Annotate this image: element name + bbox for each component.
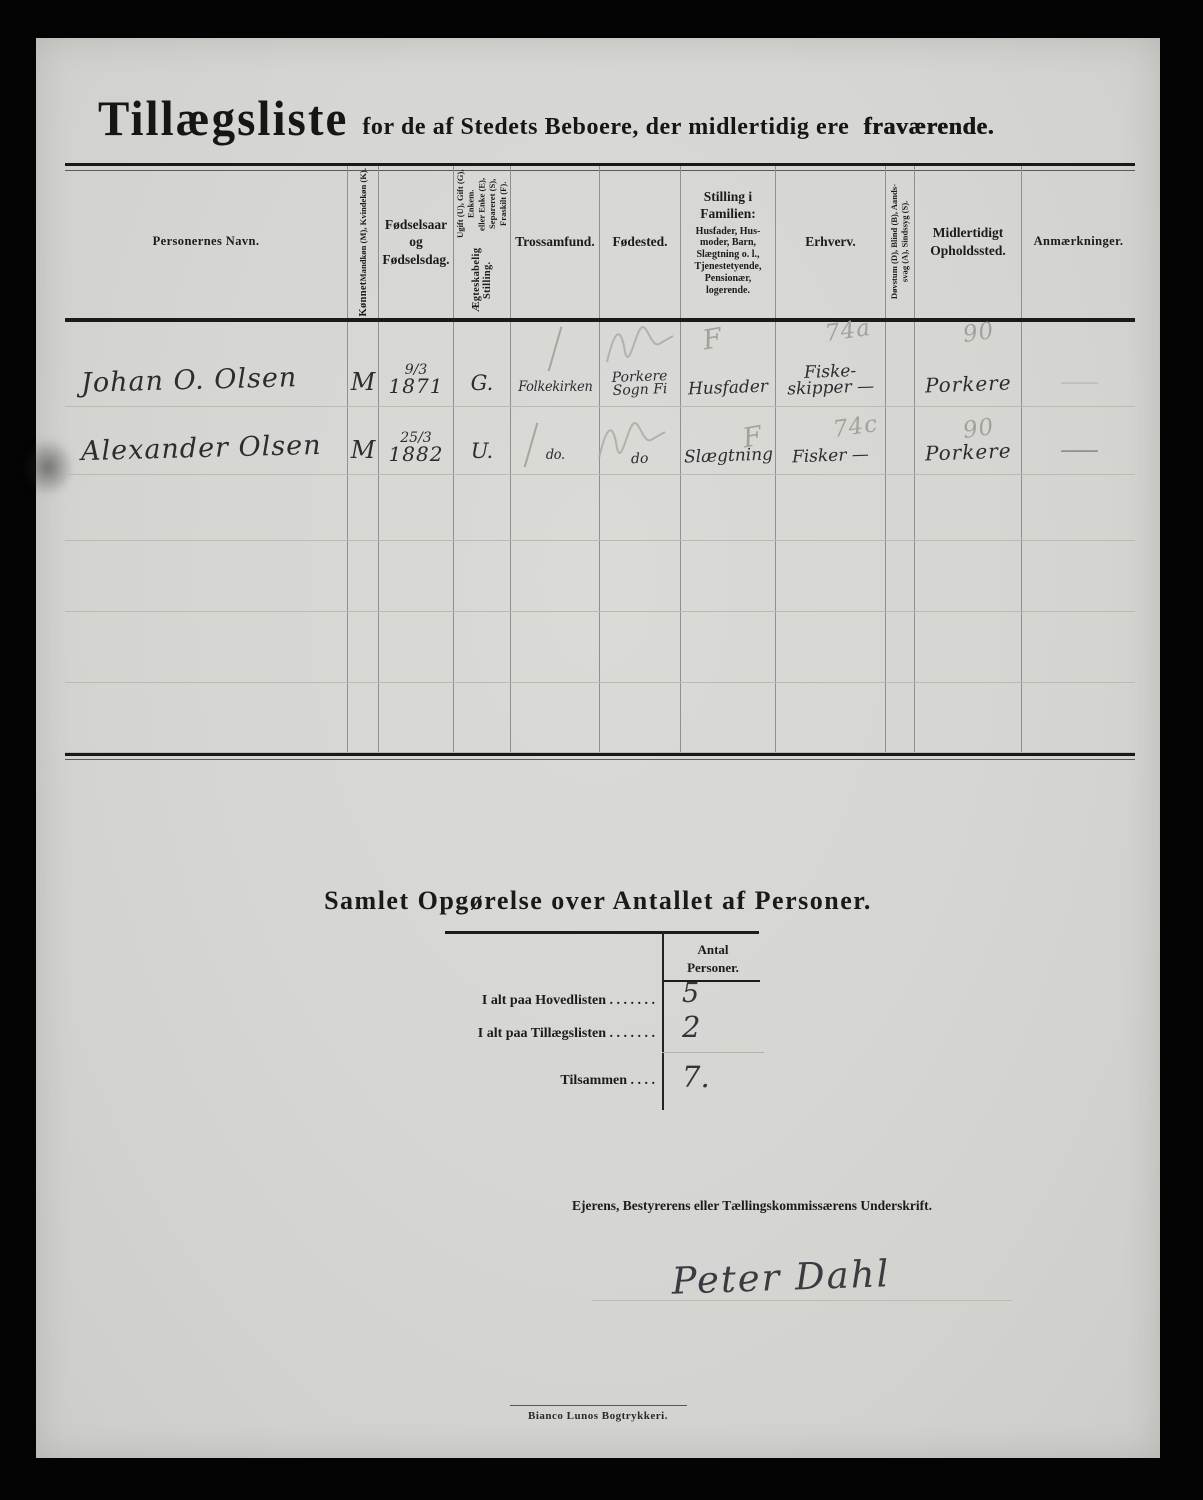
header-aegteskabelig-stilling: Ægteskabelig Stilling. Ugift (U), Gift (… [454,166,511,318]
header-erhverv: Erhverv. [776,166,886,318]
table-row: Johan O. Olsen M 9/3 1871 G. Folkekirken… [65,322,1135,407]
census-table: Personernes Navn. Kønnet Mandkøn (M), Kv… [65,163,1135,756]
summary-column-header: Antal Personer. [666,941,760,976]
summary-divider-line [662,931,664,1110]
form-title-rest: for de af Stedets Beboere, der midlertid… [362,114,849,141]
entry-birth-year: 1871 [389,377,444,396]
entry-occupation: Fiske- skipper — [787,362,875,397]
header-anmaerkninger: Anmærkninger. [1022,166,1135,318]
entry-remarks: ——— [1061,445,1097,458]
summary-top-rule [445,931,759,934]
header-stilling-i-familien: Stilling i Familien: Husfader, Hus- mode… [681,166,776,318]
table-row-empty [65,612,1135,683]
signature-handwritten-name: Peter Dahl [635,1251,926,1304]
table-row-empty [65,541,1135,612]
entry-occupation: Fisker — [792,447,869,466]
signature-label: Ejerens, Bestyrerens eller Tællingskommi… [556,1198,948,1214]
entry-remarks: ——— [1061,377,1097,390]
form-title: Tillægsliste for de af Stedets Beboere, … [98,92,1138,146]
entry-faith: do. [545,449,564,462]
table-row-empty [65,683,1135,753]
summary-faint-line [662,1052,764,1053]
entry-sex: M [351,371,376,394]
scanned-census-page: { "title": { "main": "Tillægsliste", "re… [0,0,1203,1500]
entry-birthplace: Porkere Sogn Fi [612,370,669,399]
summary-value-tilsammen: 7. [682,1060,710,1094]
header-konnet: Kønnet Mandkøn (M), Kvindekøn (K). [348,166,379,318]
scanned-page: Tillægsliste for de af Stedets Beboere, … [36,38,1160,1458]
entry-marital: U. [471,442,493,462]
header-trossamfund: Trossamfund. [511,166,600,318]
header-midlertidigt-opholdssted: Midlertidigt Opholdssted. [915,166,1022,318]
table-row: Alexander Olsen M 25/3 1882 U. do. do Sl… [65,407,1135,475]
summary-label-tillaegslisten: I alt paa Tillægslisten . . . . . . . [478,1026,655,1042]
summary-label-hovedlisten: I alt paa Hovedlisten . . . . . . . [482,993,655,1009]
entry-birth-year: 1882 [389,445,444,464]
entry-faith: Folkekirken [518,381,592,394]
summary-value-tillaegslisten: 2 [682,1010,700,1044]
entry-residence: Porkere [924,441,1011,463]
entry-birthplace: do [631,452,649,466]
header-dovstum-blind: Døvstum (D), Blind (B), Aands- svag (A),… [886,166,915,318]
printer-imprint: Bianco Lunos Bogtrykkeri. [493,1410,703,1422]
entry-name: Alexander Olsen [81,433,322,465]
table-header-row: Personernes Navn. Kønnet Mandkøn (M), Kv… [65,166,1135,322]
form-title-emphasis: fraværende. [863,114,994,141]
entry-name: Johan O. Olsen [81,366,298,397]
entry-residence: Porkere [924,373,1011,395]
printer-rule [510,1405,687,1406]
table-row-empty [65,475,1135,541]
header-fodselsaar: Fødselsaar og Fødselsdag. [379,166,454,318]
summary-column-rule [664,980,760,982]
entry-sex: M [351,439,376,462]
form-title-main: Tillægsliste [98,91,348,148]
table-body: Johan O. Olsen M 9/3 1871 G. Folkekirken… [65,322,1135,756]
header-personernes-navn: Personernes Navn. [65,166,348,318]
entry-family-position: Husfader [688,378,769,397]
summary-value-hovedlisten: 5 [682,978,699,1009]
entry-family-position: Slægtning [683,446,773,465]
summary-label-tilsammen: Tilsammen . . . . [560,1073,655,1089]
header-fodested: Fødested. [600,166,681,318]
entry-marital: G. [471,374,494,394]
summary-title: Samlet Opgørelse over Antallet af Person… [36,886,1160,916]
